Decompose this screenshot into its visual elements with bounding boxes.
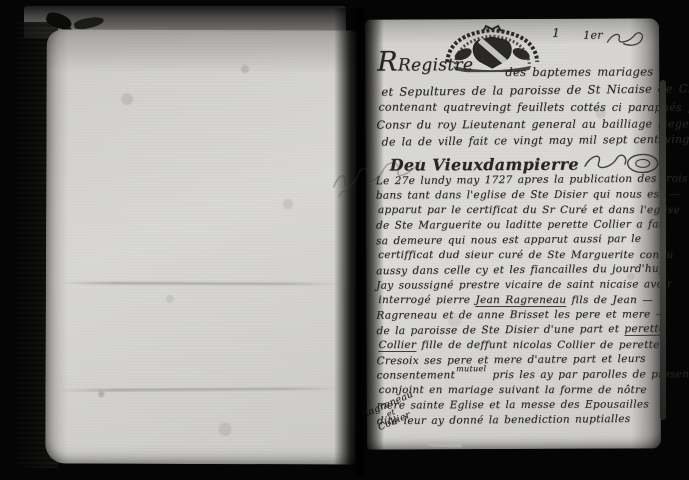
heading-line3: contenant quatrevingt feuillets cottés c… — [378, 101, 689, 114]
body-line: conjoint en mariage suivant la forme de … — [379, 383, 655, 398]
body-line: sa demeure qui nous est apparut aussi pa… — [376, 232, 652, 249]
body-line: Collier fille de deffunt nicolas Collier… — [378, 338, 654, 353]
folio-mark: 1er — [583, 28, 647, 48]
folio-flourish-icon — [605, 28, 647, 48]
manuscript-scan: 1 1er RRegistre des baptemes mariages et… — [0, 0, 689, 480]
body-line: Jay soussigné prestre vicaire de saint n… — [376, 277, 652, 293]
folio-mark-label: 1er — [583, 29, 603, 42]
binding-gutter — [334, 8, 384, 476]
body-segment: fille de deffunt nicolas Collier de pere… — [416, 339, 659, 351]
body-line: aussy dans celle cy et les fiancailles d… — [376, 262, 652, 279]
heading-line5: de la de ville fait ce vingt may mil sep… — [382, 132, 689, 148]
underlined-name: Collier — [378, 339, 416, 352]
body-line: de la paroisse de Ste Disier d'une part … — [376, 322, 652, 339]
body-line: Cresoix ses pere et mere d'autre part et… — [376, 352, 652, 369]
body-line: consentementmutuel pris les ay par parol… — [377, 367, 653, 383]
body-segment: interrogé pierre — [378, 294, 475, 306]
heading-line1-right: des baptemes mariages — [505, 64, 653, 79]
underlined-name: Jean Ragreneau — [475, 294, 566, 307]
body-line: apparut par le certificat du Sr Curé et … — [378, 203, 654, 218]
body-segment: pris les ay par parolles de present — [487, 368, 689, 381]
heading-line4: Consr du roy Lieutenant general au baill… — [376, 117, 689, 132]
interline-insertion: mutuel — [456, 364, 486, 373]
right-page: 1 1er RRegistre des baptemes mariages et… — [365, 18, 661, 449]
body-segment: de la paroisse de Ste Disier d'une part … — [376, 323, 624, 337]
fold-line — [58, 387, 343, 392]
body-segment: fils de Jean — — [566, 294, 653, 306]
page-edge-sliver — [660, 80, 666, 420]
fold-line — [58, 282, 343, 286]
heading-line1-left: Registre — [398, 55, 473, 75]
body-line: interrogé pierre Jean Ragreneau fils de … — [378, 293, 654, 308]
body-text: Le 27e lundy may 1727 apres la publicati… — [376, 172, 653, 428]
left-page-blank — [45, 29, 357, 464]
body-line: certifficat dud sieur curé de Ste Margue… — [378, 248, 654, 263]
body-segment: consentement — [377, 369, 456, 381]
folio-number: 1 — [552, 26, 560, 40]
heading-title-word: RRegistre — [377, 53, 473, 75]
heading-line2: et Sepultures de la paroisse de St Nicai… — [381, 81, 689, 99]
